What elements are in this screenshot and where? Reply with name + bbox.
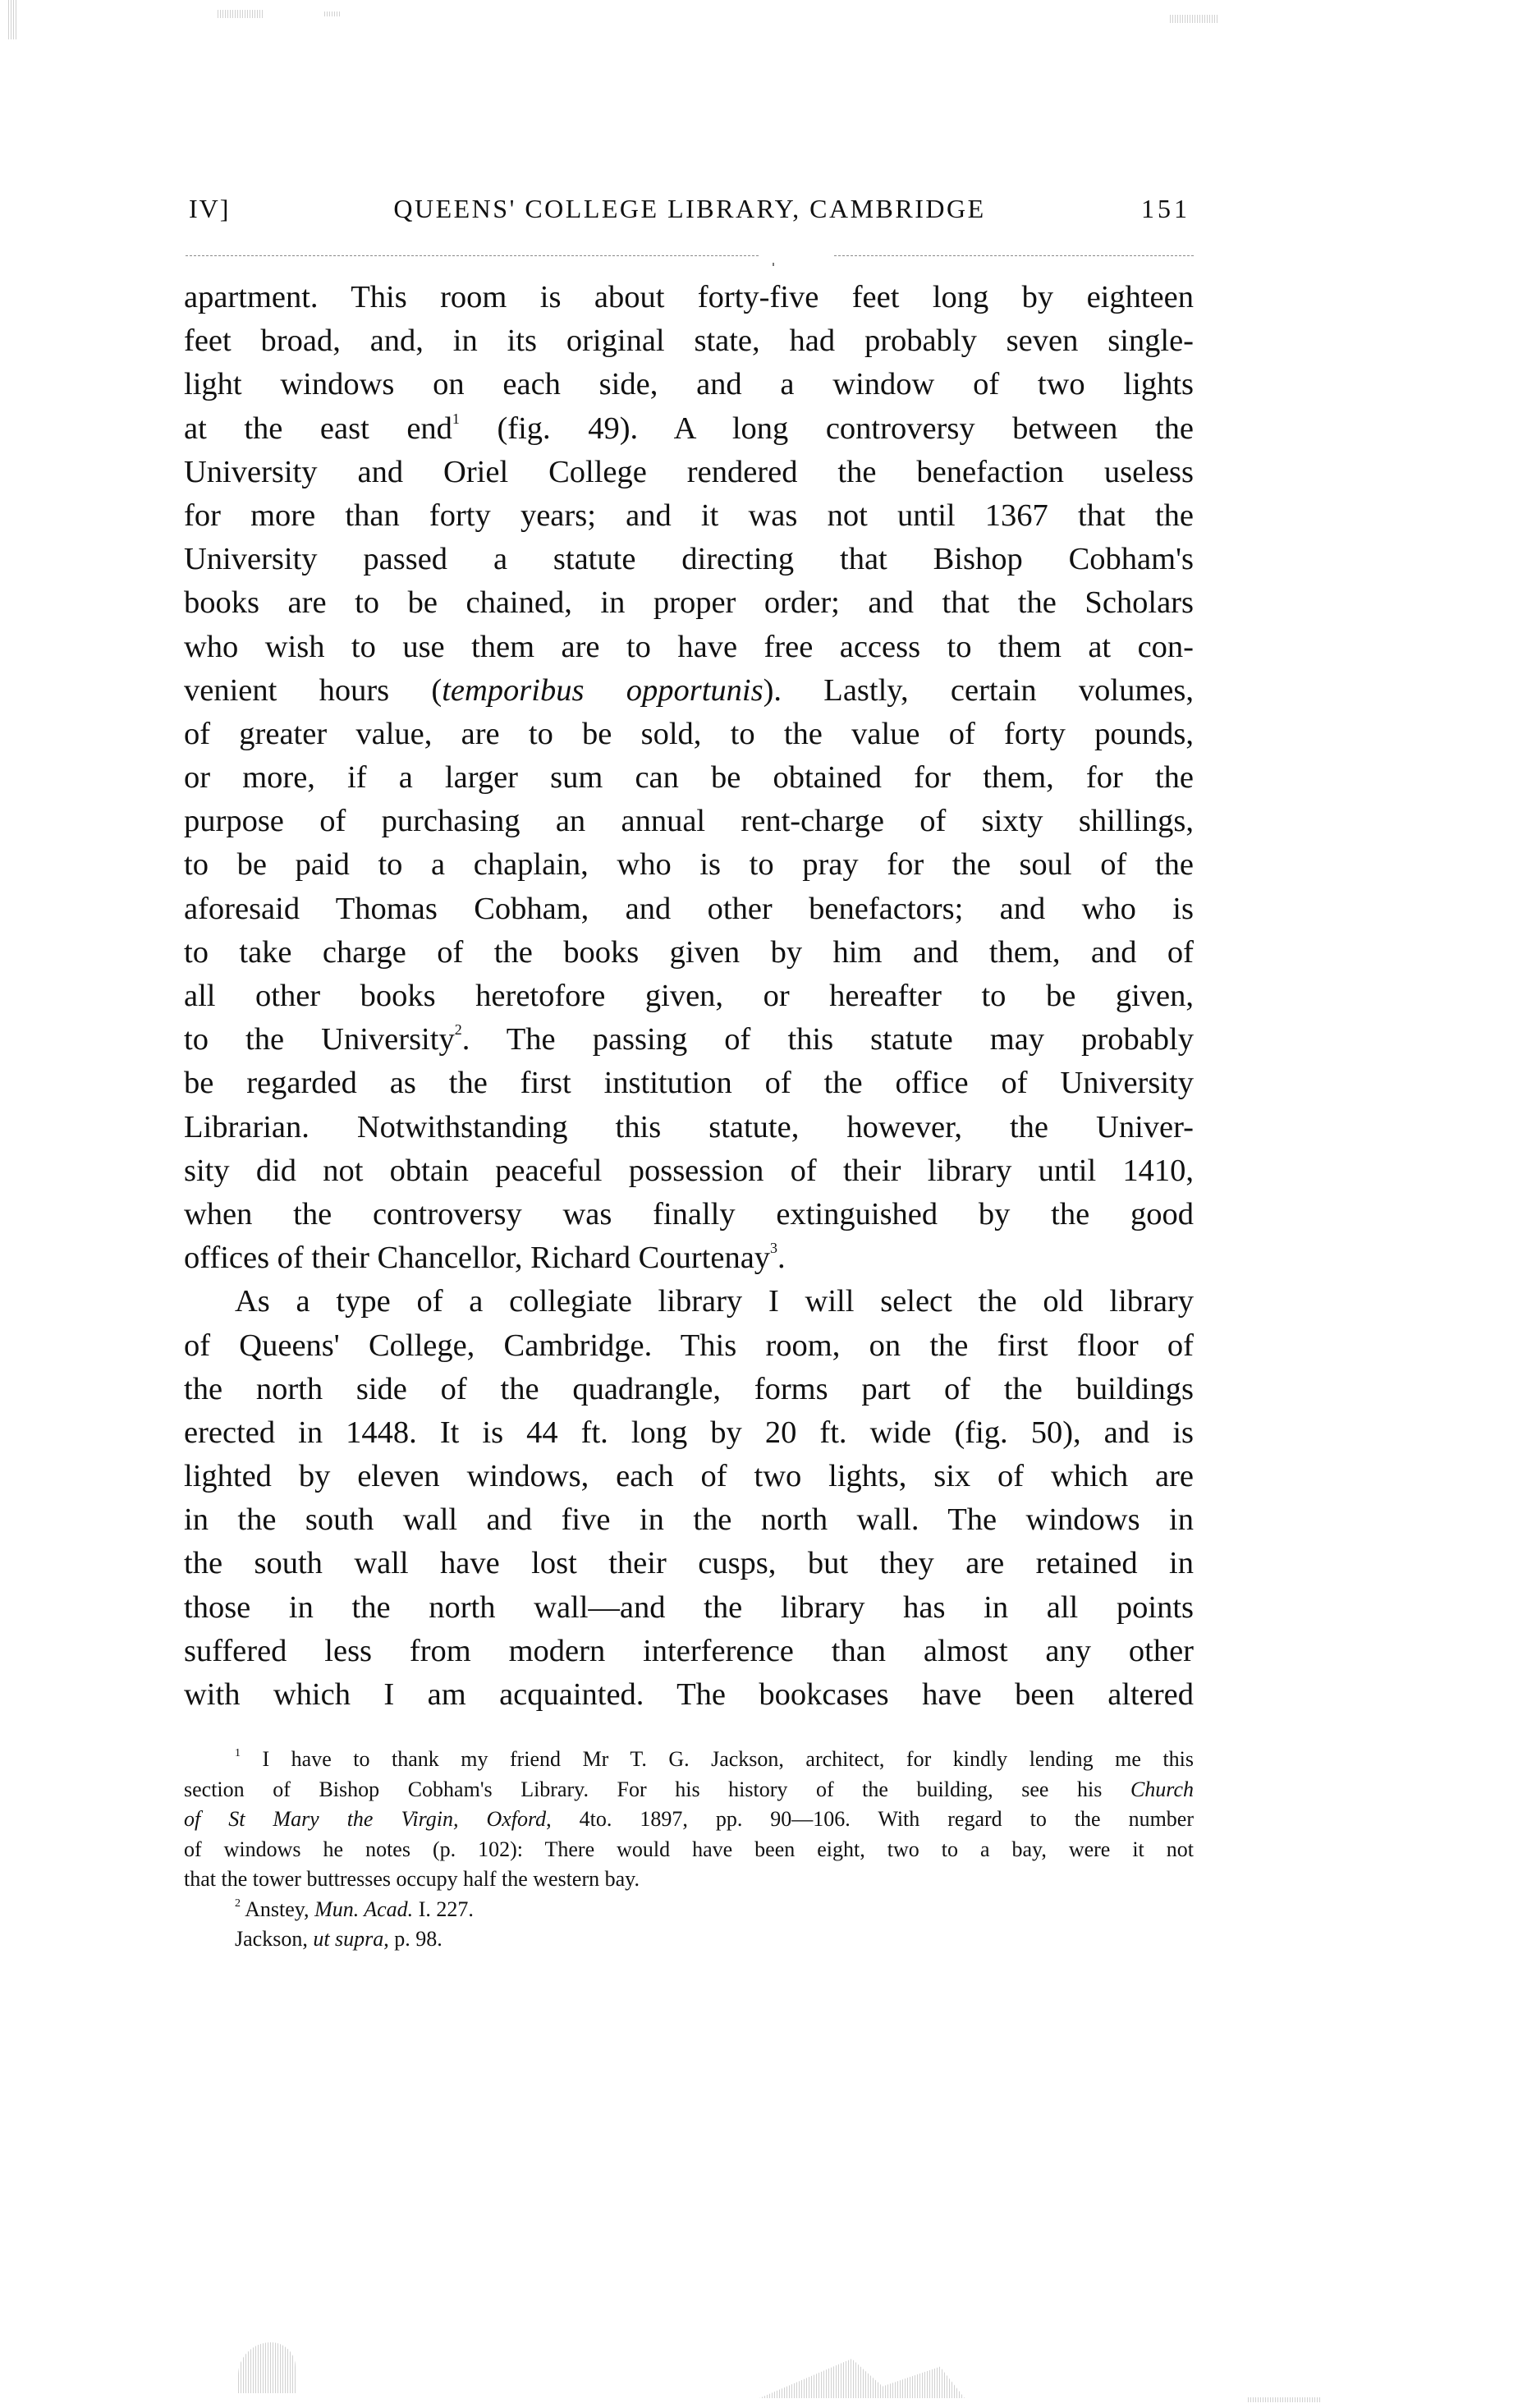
text-line: offices of their Chancellor, Richard Cou… [184, 1236, 1194, 1280]
text-line: erected in 1448. It is 44 ft. long by 20… [184, 1411, 1194, 1455]
footnote-line: that the tower buttresses occupy half th… [184, 1864, 1194, 1895]
book-title: Mun. Acad. [314, 1897, 413, 1921]
scan-artifact [238, 2342, 296, 2393]
scan-artifact [218, 10, 264, 18]
footnote-marker: 2 [235, 1897, 241, 1910]
latin-phrase: temporibus opportunis [442, 673, 763, 708]
text-line: sity did not obtain peaceful possession … [184, 1149, 1194, 1193]
text-line: in the south wall and five in the north … [184, 1498, 1194, 1542]
footnote-1: 1 I have to thank my friend Mr T. G. Jac… [184, 1745, 1194, 1775]
text-line: all other books heretofore given, or her… [184, 975, 1194, 1018]
page-number: 151 [1141, 194, 1190, 224]
text-line: purpose of purchasing an annual rent-cha… [184, 800, 1194, 843]
text-line: with which I am acquainted. The bookcase… [184, 1673, 1194, 1717]
footnote-line: of St Mary the Virgin, Oxford, 4to. 1897… [184, 1805, 1194, 1835]
text-line: suffered less from modern interference t… [184, 1630, 1194, 1673]
scan-artifact [324, 11, 341, 16]
footnote-2: 2 Anstey, Mun. Acad. I. 227. [184, 1895, 1194, 1925]
footnotes: 1 I have to thank my friend Mr T. G. Jac… [184, 1745, 1194, 1955]
text-line: University and Oriel College rendered th… [184, 451, 1194, 494]
footnote-ref-3[interactable]: 3 [770, 1240, 777, 1256]
text-line: feet broad, and, in its original state, … [184, 319, 1194, 363]
running-title: QUEENS' COLLEGE LIBRARY, CAMBRIDGE [186, 194, 1194, 224]
header-rule [186, 255, 1194, 256]
latin-phrase: ut supra [313, 1927, 383, 1951]
text-line: lighted by eleven windows, each of two l… [184, 1455, 1194, 1498]
text-line: the north side of the quadrangle, forms … [184, 1368, 1194, 1411]
text-line: apartment. This room is about forty-five… [184, 276, 1194, 319]
scan-artifact [8, 0, 18, 39]
scan-artifact [759, 2359, 965, 2398]
text-line: to the University2. The passing of this … [184, 1018, 1194, 1062]
text-line: the south wall have lost their cusps, bu… [184, 1542, 1194, 1585]
text-line: be regarded as the first institution of … [184, 1062, 1194, 1105]
text-line: who wish to use them are to have free ac… [184, 626, 1194, 669]
text-line: when the controversy was finally extingu… [184, 1193, 1194, 1236]
footnote-line: section of Bishop Cobham's Library. For … [184, 1775, 1194, 1805]
text-line: Librarian. Notwithstanding this statute,… [184, 1106, 1194, 1149]
text-line: for more than forty years; and it was no… [184, 494, 1194, 538]
text-line: to take charge of the books given by him… [184, 931, 1194, 975]
footnote-3: Jackson, ut supra, p. 98. [184, 1924, 1194, 1955]
text-line: to be paid to a chaplain, who is to pray… [184, 843, 1194, 887]
text-line: of Queens' College, Cambridge. This room… [184, 1324, 1194, 1368]
scan-artifact [1170, 15, 1219, 23]
book-title: of St Mary the Virgin, Oxford [184, 1807, 546, 1831]
text-line: aforesaid Thomas Cobham, and other benef… [184, 888, 1194, 931]
text-line: books are to be chained, in proper order… [184, 581, 1194, 625]
body-text: apartment. This room is about forty-five… [184, 276, 1194, 1717]
running-head: IV] QUEENS' COLLEGE LIBRARY, CAMBRIDGE 1… [186, 194, 1194, 230]
footnote-ref-1[interactable]: 1 [452, 411, 460, 427]
text-line: light windows on each side, and a window… [184, 363, 1194, 406]
book-page: IV] QUEENS' COLLEGE LIBRARY, CAMBRIDGE 1… [0, 0, 1527, 2408]
text-line: at the east end1 (fig. 49). A long contr… [184, 407, 1194, 451]
text-line: As a type of a collegiate library I will… [184, 1280, 1194, 1323]
text-line: of greater value, are to be sold, to the… [184, 713, 1194, 756]
footnote-marker: 1 [235, 1747, 241, 1759]
footnote-ref-2[interactable]: 2 [455, 1021, 462, 1038]
scan-artifact [1248, 2397, 1322, 2402]
text-line: those in the north wall—and the library … [184, 1586, 1194, 1630]
text-line: University passed a statute directing th… [184, 538, 1194, 581]
text-line: venient hours (temporibus opportunis). L… [184, 669, 1194, 713]
book-title: Church [1130, 1777, 1194, 1801]
text-line: or more, if a larger sum can be obtained… [184, 756, 1194, 800]
footnote-line: of windows he notes (p. 102): There woul… [184, 1835, 1194, 1865]
